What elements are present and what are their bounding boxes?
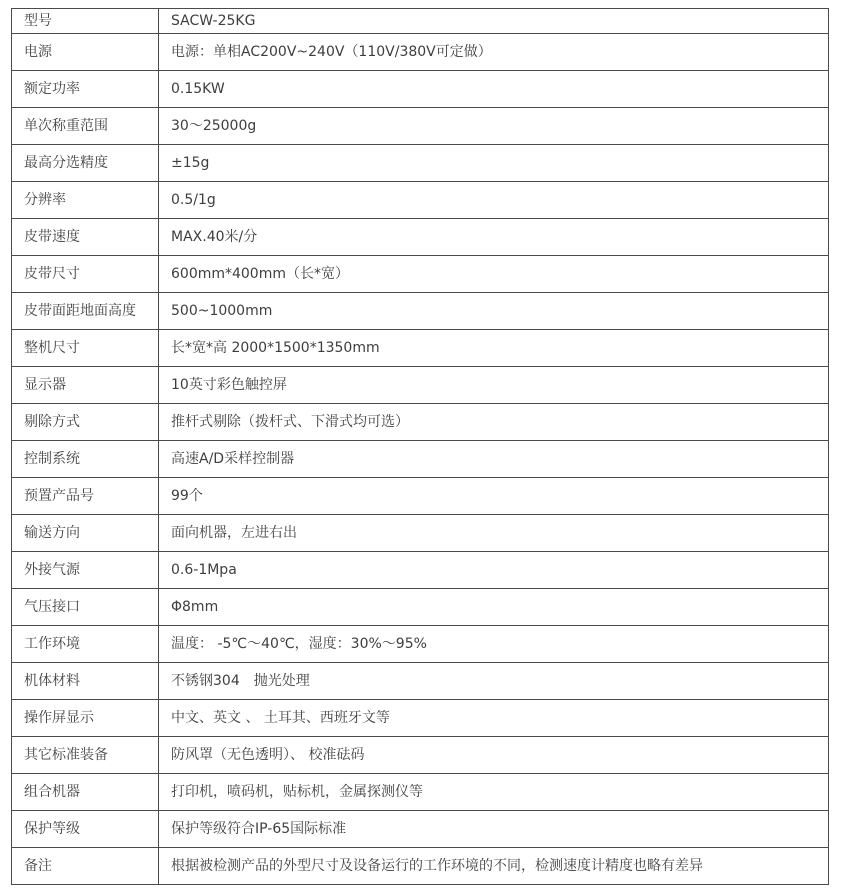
- spec-label-cell: 额定功率: [12, 71, 159, 108]
- table-row: 其它标准装备防风罩（无色透明）、 校准砝码: [12, 737, 829, 774]
- table-row: 分辨率0.5/1g: [12, 182, 829, 219]
- spec-table-body: 型号SACW-25KG电源电源：单相AC200V~240V（110V/380V可…: [12, 9, 829, 885]
- table-row: 皮带速度MAX.40米/分: [12, 219, 829, 256]
- spec-label-cell: 显示器: [12, 367, 159, 404]
- spec-label-cell: 气压接口: [12, 589, 159, 626]
- spec-label-cell: 皮带速度: [12, 219, 159, 256]
- table-row: 组合机器打印机，喷码机，贴标机，金属探测仪等: [12, 774, 829, 811]
- spec-label-cell: 预置产品号: [12, 478, 159, 515]
- spec-value-cell: 高速A/D采样控制器: [159, 441, 829, 478]
- spec-value-cell: 保护等级符合IP-65国际标准: [159, 811, 829, 848]
- spec-value-cell: SACW-25KG: [159, 9, 829, 34]
- spec-value-cell: 长*宽*高 2000*1500*1350mm: [159, 330, 829, 367]
- spec-value-cell: 0.5/1g: [159, 182, 829, 219]
- table-row: 剔除方式推杆式剔除（拨杆式、下滑式均可选）: [12, 404, 829, 441]
- table-row: 输送方向面向机器，左进右出: [12, 515, 829, 552]
- table-row: 皮带尺寸600mm*400mm（长*宽）: [12, 256, 829, 293]
- spec-value-cell: 99个: [159, 478, 829, 515]
- spec-label-cell: 输送方向: [12, 515, 159, 552]
- table-row: 电源电源：单相AC200V~240V（110V/380V可定做）: [12, 34, 829, 71]
- spec-value-cell: 30～25000g: [159, 108, 829, 145]
- spec-label-cell: 型号: [12, 9, 159, 34]
- table-row: 控制系统高速A/D采样控制器: [12, 441, 829, 478]
- spec-label-cell: 最高分选精度: [12, 145, 159, 182]
- table-row: 预置产品号99个: [12, 478, 829, 515]
- spec-label-cell: 整机尺寸: [12, 330, 159, 367]
- spec-value-cell: ±15g: [159, 145, 829, 182]
- table-row: 额定功率0.15KW: [12, 71, 829, 108]
- spec-label-cell: 组合机器: [12, 774, 159, 811]
- spec-value-cell: 根据被检测产品的外型尺寸及设备运行的工作环境的不同，检测速度计精度也略有差异: [159, 848, 829, 885]
- table-row: 操作屏显示中文、英文 、 土耳其、西班牙文等: [12, 700, 829, 737]
- spec-label-cell: 皮带尺寸: [12, 256, 159, 293]
- spec-value-cell: Φ8mm: [159, 589, 829, 626]
- spec-value-cell: 推杆式剔除（拨杆式、下滑式均可选）: [159, 404, 829, 441]
- spec-label-cell: 控制系统: [12, 441, 159, 478]
- spec-value-cell: 不锈钢304 抛光处理: [159, 663, 829, 700]
- spec-label-cell: 分辨率: [12, 182, 159, 219]
- spec-label-cell: 皮带面距地面高度: [12, 293, 159, 330]
- spec-label-cell: 操作屏显示: [12, 700, 159, 737]
- table-row: 最高分选精度±15g: [12, 145, 829, 182]
- spec-value-cell: 10英寸彩色触控屏: [159, 367, 829, 404]
- table-row: 皮带面距地面高度500~1000mm: [12, 293, 829, 330]
- table-row: 整机尺寸长*宽*高 2000*1500*1350mm: [12, 330, 829, 367]
- table-row: 外接气源0.6-1Mpa: [12, 552, 829, 589]
- spec-value-cell: 防风罩（无色透明）、 校准砝码: [159, 737, 829, 774]
- page: 型号SACW-25KG电源电源：单相AC200V~240V（110V/380V可…: [0, 0, 846, 891]
- table-row: 单次称重范围30～25000g: [12, 108, 829, 145]
- spec-label-cell: 电源: [12, 34, 159, 71]
- spec-value-cell: 500~1000mm: [159, 293, 829, 330]
- spec-label-cell: 保护等级: [12, 811, 159, 848]
- spec-label-cell: 剔除方式: [12, 404, 159, 441]
- spec-value-cell: 打印机，喷码机，贴标机，金属探测仪等: [159, 774, 829, 811]
- spec-label-cell: 其它标准装备: [12, 737, 159, 774]
- spec-label-cell: 外接气源: [12, 552, 159, 589]
- table-row: 机体材料不锈钢304 抛光处理: [12, 663, 829, 700]
- table-row: 气压接口Φ8mm: [12, 589, 829, 626]
- spec-value-cell: 0.6-1Mpa: [159, 552, 829, 589]
- table-row: 保护等级保护等级符合IP-65国际标准: [12, 811, 829, 848]
- spec-label-cell: 备注: [12, 848, 159, 885]
- table-row: 备注根据被检测产品的外型尺寸及设备运行的工作环境的不同，检测速度计精度也略有差异: [12, 848, 829, 885]
- spec-label-cell: 工作环境: [12, 626, 159, 663]
- spec-label-cell: 机体材料: [12, 663, 159, 700]
- spec-value-cell: 温度： -5℃～40℃，湿度：30%～95%: [159, 626, 829, 663]
- spec-value-cell: 600mm*400mm（长*宽）: [159, 256, 829, 293]
- spec-value-cell: 0.15KW: [159, 71, 829, 108]
- table-row: 工作环境温度： -5℃～40℃，湿度：30%～95%: [12, 626, 829, 663]
- spec-label-cell: 单次称重范围: [12, 108, 159, 145]
- table-row: 型号SACW-25KG: [12, 9, 829, 34]
- spec-value-cell: MAX.40米/分: [159, 219, 829, 256]
- table-row: 显示器10英寸彩色触控屏: [12, 367, 829, 404]
- spec-table: 型号SACW-25KG电源电源：单相AC200V~240V（110V/380V可…: [11, 8, 829, 885]
- spec-value-cell: 中文、英文 、 土耳其、西班牙文等: [159, 700, 829, 737]
- spec-value-cell: 电源：单相AC200V~240V（110V/380V可定做）: [159, 34, 829, 71]
- spec-value-cell: 面向机器，左进右出: [159, 515, 829, 552]
